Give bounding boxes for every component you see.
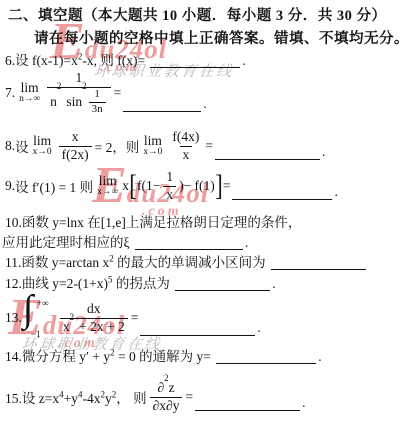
answer-blank-13 xyxy=(140,321,255,336)
question-10-line1: 10.函数 y=lnx 在[1,e]上满足拉格朗日定理的条件， xyxy=(5,211,301,231)
question-7-number: 7. xyxy=(5,85,15,101)
right-bracket: ] xyxy=(215,171,223,201)
question-8-number: 8. xyxy=(5,138,15,154)
limit-operator: limx→0 xyxy=(143,134,162,158)
answer-blank-6 xyxy=(150,53,240,68)
answer-blank-15 xyxy=(195,396,300,411)
question-15: 15.设 z=x4+y4-4x2y2， 则 ∂2z ∂x∂y = . xyxy=(5,380,305,415)
question-13-number: 13. xyxy=(5,310,22,326)
nested-fraction: 13n xyxy=(89,88,106,117)
question-6: 6.设 f(x-1)=x2-x, 则 f(x)= . xyxy=(5,49,246,69)
exam-paper-page: Edu24ol .com Edu24ol .com Edu24ol .com 环… xyxy=(0,0,407,426)
question-9-number: 9. xyxy=(5,178,15,194)
answer-blank-10 xyxy=(135,235,243,250)
fraction: 1 n2sin213n xyxy=(47,70,111,116)
answer-blank-7 xyxy=(123,97,201,112)
fraction: xf(2x) xyxy=(59,129,92,164)
fraction: dx x2+ 2x + 2 xyxy=(60,301,128,336)
answer-blank-9 xyxy=(232,185,332,200)
answer-blank-12 xyxy=(175,276,270,291)
answer-blank-14 xyxy=(216,349,316,364)
question-14: 14.微分方程 y′ + y2 = 0 的通解为 y= . xyxy=(5,345,322,365)
bracket-content: f(1− 1x )− f(1) xyxy=(137,169,215,204)
question-15-text: 15.设 z=x4+y4-4x2y2， 则 xyxy=(5,387,147,407)
integral-sign: ∫ +∞ −1 xyxy=(23,296,55,340)
answer-blank-11 xyxy=(271,255,366,270)
fraction: f(4x)x xyxy=(169,129,202,164)
question-11: 11.函数 y=arctan x2 的最大的单调减小区间为 xyxy=(5,251,368,271)
question-9: 9. 设 f′(1) = 1 则 limx→∞ x [ f(1− 1x )− f… xyxy=(5,169,338,204)
section-instructions: 请在每小题的空格中填上正确答案。错填、不填均无分。 xyxy=(34,27,407,48)
section-title: 二、填空题（本大题共 10 小题．每小题 3 分．共 30 分） xyxy=(8,4,387,25)
question-13: 13. ∫ +∞ −1 dx x2+ 2x + 2 = . xyxy=(5,296,261,340)
question-12: 12.曲线 y=2-(1+x)5 的拐点为 . xyxy=(5,272,276,292)
fraction: 1x xyxy=(163,169,176,204)
answer-blank-8 xyxy=(215,145,320,160)
question-7: 7. limn→∞ 1 n2sin213n = . xyxy=(5,70,207,116)
question-6-text: 6.设 f(x-1)=x2-x, 则 f(x)= xyxy=(5,53,145,68)
limit-operator: limx→0 xyxy=(33,134,52,158)
question-8: 8. 设 limx→0 xf(2x) = 2，则 limx→0 f(4x)x =… xyxy=(5,129,325,164)
limit-operator: limx→∞ xyxy=(97,174,118,198)
question-10-line2: 应用此定理时相应的ξ . xyxy=(2,231,248,251)
left-bracket: [ xyxy=(129,171,137,201)
partial-derivative-fraction: ∂2z ∂x∂y xyxy=(150,380,183,415)
limit-operator: limn→∞ xyxy=(19,81,40,105)
